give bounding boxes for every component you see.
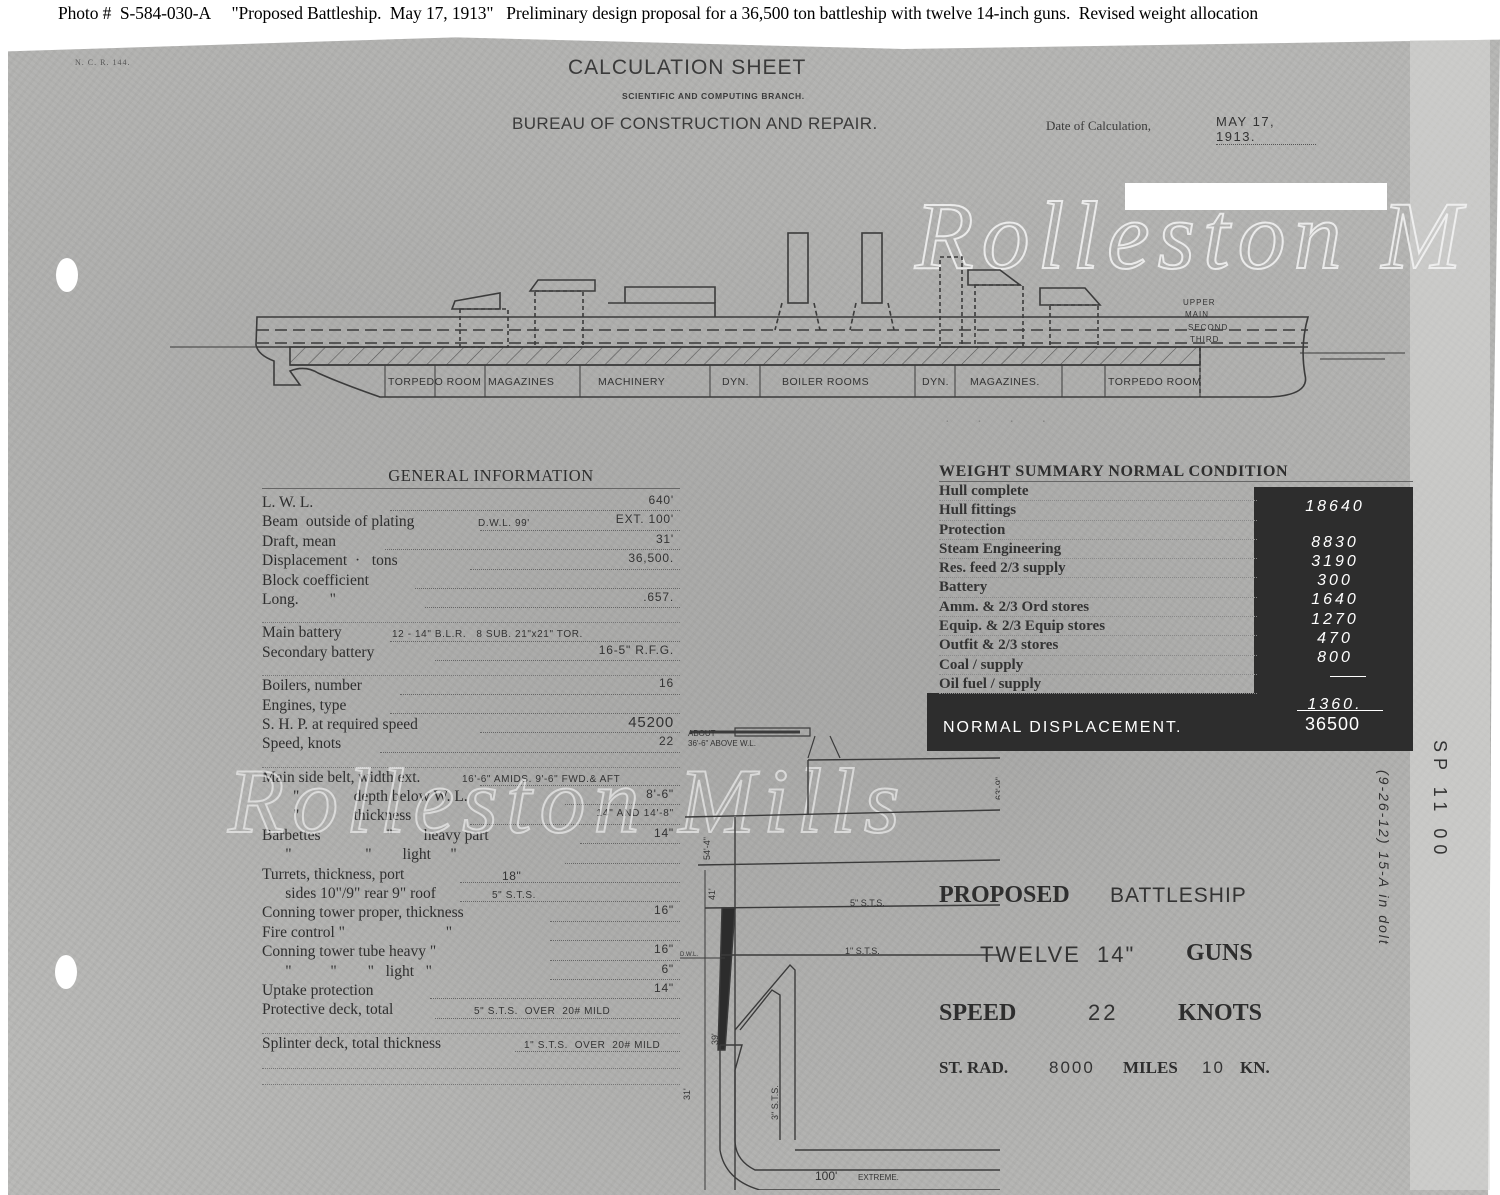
ws-row-battery: Battery — [939, 578, 1257, 597]
compartment-boiler-rooms: BOILER ROOMS — [782, 376, 869, 388]
title-radius-speed: 10 — [1202, 1058, 1225, 1078]
label-5in-sts: 5" S.T.S. — [850, 898, 885, 908]
ws-value-steam-engineering: 3190 — [1270, 552, 1400, 571]
ws-row-ammunition: Amm. & 2/3 Ord stores — [939, 598, 1257, 617]
label-1in-sts: 1" S.T.S. — [845, 946, 880, 956]
title-steaming-radius-label: ST. RAD. — [939, 1058, 1008, 1078]
sheet-subtitle: SCIENTIFIC AND COMPUTING BRANCH. — [622, 91, 805, 101]
gen-row-engines: Engines, type — [262, 696, 680, 715]
gen-row-shp: S. H. P. at required speed45200 — [262, 715, 680, 734]
ws-value-hull: 18640 — [1270, 494, 1400, 533]
gen-row-uptake: Uptake protection14" — [262, 981, 680, 1000]
gen-row-ct-tube-heavy: Conning tower tube heavy "16" — [262, 942, 680, 961]
gen-row-boilers: Boilers, number16 — [262, 676, 680, 695]
ws-value-ammunition: 1270 — [1270, 610, 1400, 629]
total-sum-rule — [1297, 710, 1383, 711]
bureau-name: BUREAU OF CONSTRUCTION AND REPAIR. — [512, 114, 878, 134]
photo-caption: Photo # S-584-030-A "Proposed Battleship… — [0, 0, 1500, 28]
gen-row-long-coefficient: Long. ".657. — [262, 590, 680, 609]
height-41: 41' — [707, 888, 717, 900]
ws-row-coal: Coal / supply — [939, 656, 1257, 675]
height-54-4: 54'-4" — [702, 837, 712, 860]
gen-row-fire-control: Fire control " " — [262, 923, 680, 942]
gun-note-height: 36'-6" ABOVE W.L. — [688, 739, 756, 748]
ws-value-battery: 1640 — [1270, 590, 1400, 609]
label-3in-sts: 3" S.T.S. — [770, 1085, 780, 1120]
general-information-title: GENERAL INFORMATION — [262, 466, 680, 489]
coal-dash-rule — [1330, 676, 1366, 677]
ws-value-oil-fuel: 1360. — [1270, 695, 1400, 714]
ws-row-outfit: Outfit & 2/3 stores — [939, 636, 1257, 655]
title-miles: MILES — [1123, 1058, 1178, 1078]
title-proposed: PROPOSED — [939, 882, 1070, 909]
title-kn: KN. — [1240, 1058, 1270, 1078]
ws-value-reserve-feed: 300 — [1270, 571, 1400, 590]
punch-hole-bottom — [55, 955, 77, 989]
title-knots: KNOTS — [1178, 1000, 1262, 1027]
gen-row-protective-deck: Protective deck, total5" S.T.S. OVER 20#… — [262, 1000, 680, 1019]
gen-row-turrets-sides: sides 10"/9" rear 9" roof5" S.T.S. — [262, 884, 680, 903]
gen-row-block-coefficient: Block coefficient — [262, 571, 680, 590]
date-value: MAY 17, 1913. — [1216, 114, 1316, 145]
title-twelve-14in: TWELVE 14" — [980, 942, 1135, 968]
ws-value-protection: 8830 — [1270, 533, 1400, 552]
compartment-torpedo-room-fwd: TORPEDO ROOM — [1108, 376, 1201, 388]
deck-label-second: SECOND — [1188, 323, 1228, 332]
sheet-title: CALCULATION SHEET — [568, 56, 806, 80]
normal-displacement-value: 36500 — [1305, 714, 1360, 735]
compartment-torpedo-room-aft: TORPEDO ROOM — [388, 376, 481, 388]
beam-dimension: 100' — [815, 1169, 837, 1183]
compartment-magazines-aft: MAGAZINES — [488, 376, 554, 388]
gen-row-draft: Draft, mean31' — [262, 532, 680, 551]
ws-row-hull-complete: Hull complete — [939, 482, 1257, 501]
title-battleship: BATTLESHIP — [1110, 884, 1247, 908]
margin-stamp-number: SP 11 00 — [1429, 740, 1450, 860]
title-speed-value: 22 — [1088, 1000, 1118, 1026]
gen-row-turrets-port: Turrets, thickness, port18" — [262, 865, 680, 884]
compartment-magazines-fwd: MAGAZINES. — [970, 376, 1040, 388]
ws-row-oil-fuel: Oil fuel / supply — [939, 675, 1257, 694]
margin-handwritten-note: (9-26-12) 15-A in dolt — [1376, 770, 1392, 946]
midship-section-drawing: ABOUT 36'-6" ABOVE W.L. 5" S.T.S. 1" S.T… — [680, 720, 1000, 1190]
beam-extreme-note: EXTREME. — [858, 1173, 899, 1182]
gen-row-splinter-deck: Splinter deck, total thickness1" S.T.S. … — [262, 1034, 680, 1053]
title-radius-value: 8000 — [1049, 1058, 1095, 1078]
ws-row-reserve-feed: Res. feed 2/3 supply — [939, 559, 1257, 578]
ws-row-protection: Protection — [939, 521, 1257, 540]
deck-label-upper: UPPER — [1183, 298, 1216, 307]
ws-row-hull-fittings: Hull fittings — [939, 501, 1257, 520]
ws-row-steam-engineering: Steam Engineering — [939, 540, 1257, 559]
ws-value-equipment: 470 — [1270, 629, 1400, 648]
form-number: N. C. R. 144. — [75, 58, 130, 67]
gun-note-about: ABOUT — [688, 729, 716, 738]
date-label: Date of Calculation, — [1046, 118, 1151, 134]
weight-values-column: 18640 8830 3190 300 1640 1270 470 800 13… — [1270, 494, 1400, 714]
gen-row-ct-tube-light: " " " light "6" — [262, 962, 680, 981]
ws-row-equipment: Equip. & 2/3 Equip stores — [939, 617, 1257, 636]
deck-label-third: THIRD — [1190, 335, 1219, 344]
compartment-machinery: MACHINERY — [598, 376, 665, 388]
gen-row-beam: Beam outside of platingD.W.L. 99'EXT. 10… — [262, 512, 680, 531]
ws-value-outfit: 800 — [1270, 648, 1400, 667]
faded-background-text: · · · · — [945, 415, 1058, 431]
gen-row-displacement: Displacement · tons36,500. — [262, 551, 680, 570]
label-dwl: D.W.L. — [680, 952, 698, 958]
weight-summary-title: WEIGHT SUMMARY NORMAL CONDITION — [939, 463, 1413, 482]
compartment-dynamo-aft: DYN. — [722, 376, 749, 388]
height-39: 39' — [710, 1033, 720, 1045]
redaction-block — [1125, 183, 1387, 210]
gen-row-secondary-battery: Secondary battery16-5" R.F.G. — [262, 643, 680, 662]
title-guns: GUNS — [1186, 940, 1253, 967]
compartment-dynamo-fwd: DYN. — [922, 376, 949, 388]
ship-profile-drawing: TORPEDO ROOM MAGAZINES MACHINERY DYN. BO… — [170, 225, 1410, 415]
gen-row-conning-tower: Conning tower proper, thickness16" — [262, 903, 680, 922]
ws-value-coal — [1270, 668, 1400, 695]
height-63-9: 63'-9" — [994, 777, 1000, 800]
height-31: 31' — [682, 1088, 692, 1100]
deck-label-main: MAIN — [1185, 310, 1209, 319]
title-speed: SPEED — [939, 1000, 1016, 1027]
punch-hole-top — [56, 258, 78, 292]
